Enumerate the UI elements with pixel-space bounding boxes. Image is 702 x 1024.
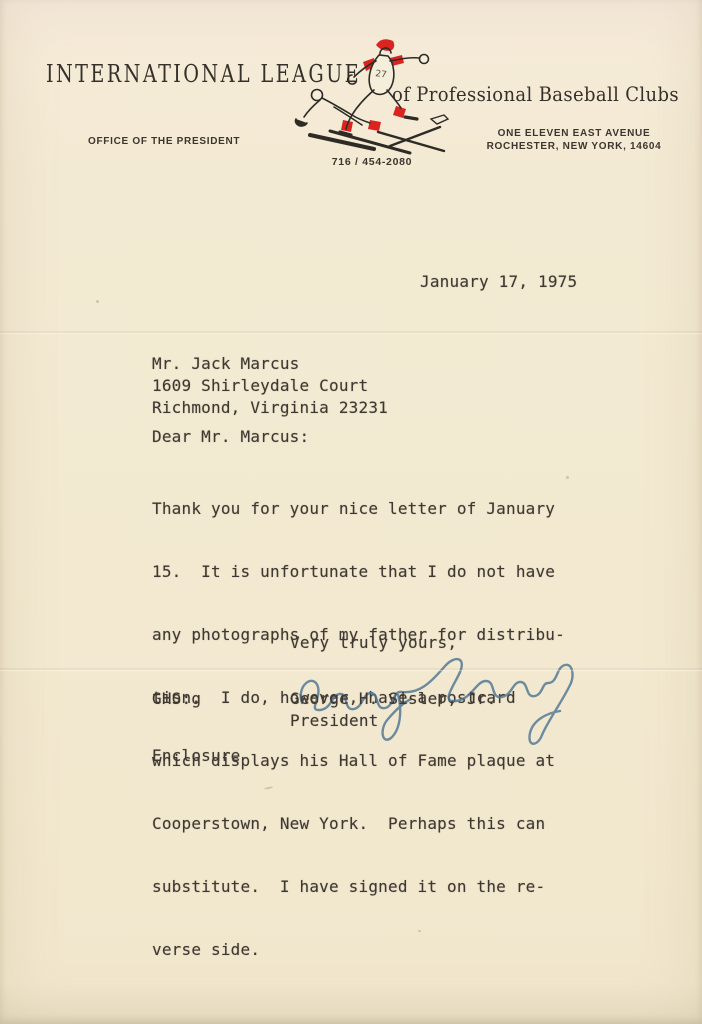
paper-speck: [418, 930, 421, 932]
paper-speck: [566, 476, 569, 479]
body-line: 15. It is unfortunate that I do not have: [152, 561, 565, 582]
fold-crease: [0, 331, 702, 333]
baseball-players-logo-icon: 27: [282, 33, 462, 163]
signer-name: George H. Sisler, Jr.: [290, 688, 497, 709]
body-line: verse side.: [152, 939, 565, 960]
reference-initials: GHS:g: [152, 688, 201, 709]
letter-date: January 17, 1975: [420, 271, 577, 292]
recipient-name: Mr. Jack Marcus: [152, 353, 300, 374]
office-of-president-label: OFFICE OF THE PRESIDENT: [88, 136, 240, 147]
address-line-1: ONE ELEVEN EAST AVENUE: [486, 127, 662, 140]
letterhead-address: ONE ELEVEN EAST AVENUE ROCHESTER, NEW YO…: [486, 127, 662, 153]
body-line: Cooperstown, New York. Perhaps this can: [152, 813, 565, 834]
body-line: substitute. I have signed it on the re-: [152, 876, 565, 897]
fold-crease: [0, 668, 702, 670]
scanned-letter-page: INTERNATIONAL LEAGUE of Professional Bas…: [0, 0, 702, 1024]
enclosure-note: Enclosure: [152, 745, 241, 766]
recipient-street: 1609 Shirleydale Court: [152, 375, 368, 396]
paper-speck: [96, 300, 99, 303]
salutation: Dear Mr. Marcus:: [152, 426, 309, 447]
address-line-2: ROCHESTER, NEW YORK, 14604: [486, 140, 662, 153]
jersey-number: 27: [375, 69, 388, 80]
signer-title: President: [290, 710, 379, 731]
recipient-city: Richmond, Virginia 23231: [152, 397, 388, 418]
body-line: Thank you for your nice letter of Januar…: [152, 498, 565, 519]
